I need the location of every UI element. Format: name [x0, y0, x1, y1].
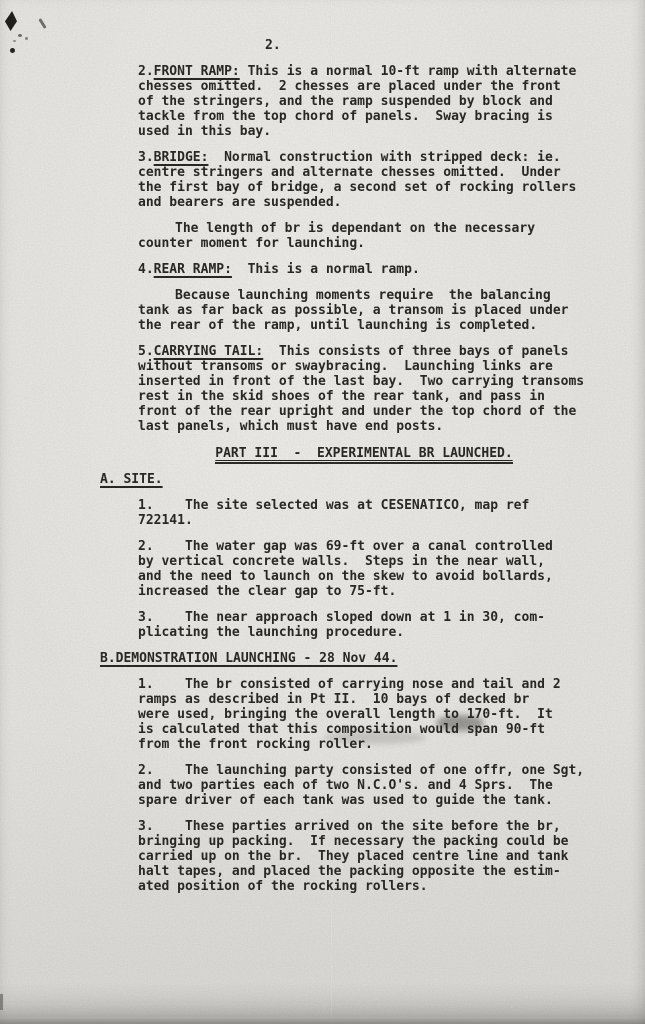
paragraph-carrying-tail: 5.CARRYING TAIL: This consists of three …: [138, 344, 610, 434]
item-number: 2.: [138, 64, 154, 79]
item-heading: CARRYING TAIL:: [154, 344, 264, 359]
ink-speck: [18, 34, 22, 37]
ink-blot: [4, 10, 18, 31]
numbered-paragraph-b2: 2. The launching party consisted of one …: [138, 763, 610, 808]
section-heading-text: A. SITE.: [100, 472, 163, 487]
indented-paragraph-because: Because launching moments require the ba…: [138, 288, 610, 333]
item-number: 4.: [138, 262, 154, 277]
page-number: 2.: [265, 38, 281, 53]
item-heading: BRIDGE:: [154, 150, 209, 165]
item-heading: FRONT RAMP:: [154, 64, 240, 79]
item-heading: REAR RAMP:: [154, 262, 232, 277]
part-heading-text: PART III - EXPERIMENTAL BR LAUNCHED.: [215, 446, 512, 464]
scanned-document-page: 2. 2.FRONT RAMP: This is a normal 10-ft …: [0, 0, 645, 1024]
document-body: 2.FRONT RAMP: This is a normal 10-ft ram…: [0, 64, 645, 905]
paragraph-bridge: 3.BRIDGE: Normal construction with strip…: [138, 150, 610, 210]
pencil-mark: [38, 18, 46, 29]
numbered-paragraph-b3: 3. These parties arrived on the site bef…: [138, 819, 610, 894]
indented-paragraph-length: The length of br is dependant on the nec…: [138, 221, 610, 251]
item-number: 5.: [138, 344, 154, 359]
section-heading-b: B.DEMONSTRATION LAUNCHING - 28 Nov 44.: [100, 651, 572, 666]
ink-speck: [25, 37, 28, 40]
item-text: This is a normal ramp.: [232, 262, 420, 277]
numbered-paragraph-b1: 1. The br consisted of carrying nose and…: [138, 677, 610, 752]
edge-mark: [0, 994, 3, 1010]
section-heading-text: B.DEMONSTRATION LAUNCHING - 28 Nov 44.: [100, 651, 397, 666]
part-heading: PART III - EXPERIMENTAL BR LAUNCHED.: [138, 446, 590, 461]
bottom-edge-shadow: [0, 1017, 645, 1024]
numbered-paragraph-a1: 1. The site selected was at CESENATICO, …: [138, 498, 610, 528]
ink-speck: [13, 40, 16, 42]
paragraph-rear-ramp: 4.REAR RAMP: This is a normal ramp.: [138, 262, 610, 277]
numbered-paragraph-a2: 2. The water gap was 69-ft over a canal …: [138, 539, 610, 599]
section-heading-a: A. SITE.: [100, 472, 572, 487]
numbered-paragraph-a3: 3. The near approach sloped down at 1 in…: [138, 610, 610, 640]
ink-speck: [10, 48, 15, 53]
item-number: 3.: [138, 150, 154, 165]
paragraph-front-ramp: 2.FRONT RAMP: This is a normal 10-ft ram…: [138, 64, 610, 139]
